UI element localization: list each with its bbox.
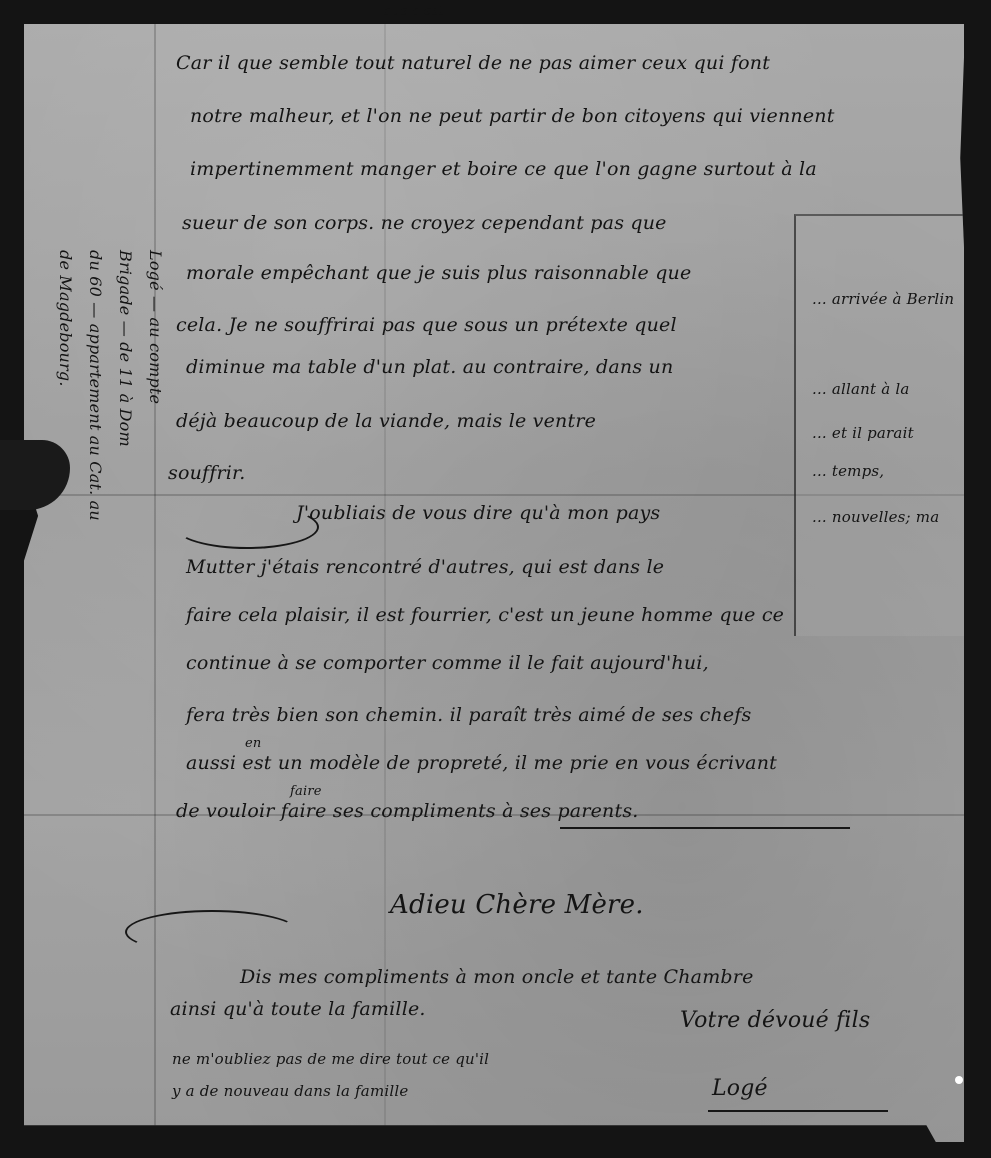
salutation: Adieu Chère Mère. xyxy=(390,890,644,920)
closing-line: Dis mes compliments à mon oncle et tante… xyxy=(240,966,754,988)
letter-line: déjà beaucoup de la viande, mais le vent… xyxy=(176,410,596,432)
fragment-line: ... allant à la xyxy=(812,380,909,398)
postscript-line: ne m'oubliez pas de me dire tout ce qu'i… xyxy=(172,1050,489,1068)
underline-stroke xyxy=(560,827,850,829)
letter-line: J'oubliais de vous dire qu'à mon pays xyxy=(296,502,660,524)
letter-line: sueur de son corps. ne croyez cependant … xyxy=(182,212,667,234)
letter-line: Mutter j'étais rencontré d'autres, qui e… xyxy=(186,556,664,578)
letter-line: diminue ma table d'un plat. au contraire… xyxy=(186,356,673,378)
margin-note: Logé — au compte Brigade — de 11 à Dom d… xyxy=(50,250,170,930)
letter-line: aussi est un modèle de propreté, il me p… xyxy=(186,752,777,774)
postscript-line: y a de nouveau dans la famille xyxy=(172,1082,408,1100)
signature: Logé xyxy=(712,1076,768,1101)
letter-line: faire cela plaisir, il est fourrier, c'e… xyxy=(186,604,784,626)
letter-line: de vouloir faire ses compliments à ses p… xyxy=(176,800,639,822)
signoff: Votre dévoué fils xyxy=(680,1008,870,1033)
interlinear-insertion: faire xyxy=(290,784,322,799)
interlinear-insertion: que c'est xyxy=(383,4,444,19)
signature-underline xyxy=(708,1110,888,1112)
margin-note-line: Brigade — de 11 à Dom xyxy=(110,250,140,930)
letter-line: notre malheur, et l'on ne peut partir de… xyxy=(190,105,835,127)
margin-note-line: Logé — au compte xyxy=(140,250,170,930)
letter-line: souffrir. xyxy=(168,462,246,484)
interlinear-insertion: en xyxy=(245,736,261,751)
margin-note-line: du 60 — appartement au Cat. au xyxy=(80,250,110,930)
letter-line: morale empêchant que je suis plus raison… xyxy=(186,262,691,284)
letter-line: fera très bien son chemin. il paraît trè… xyxy=(186,704,751,726)
closing-line: ainsi qu'à toute la famille. xyxy=(170,998,426,1020)
fragment-line: ... et il parait xyxy=(812,424,914,442)
margin-note-line: de Magdebourg. xyxy=(50,250,80,930)
letter-line: cela. Je ne souffrirai pas que sous un p… xyxy=(176,314,677,336)
letter-line: impertinemment manger et boire ce que l'… xyxy=(190,158,817,180)
letter-line: Car il que semble tout naturel de ne pas… xyxy=(176,52,770,74)
letter-line: continue à se comporter comme il le fait… xyxy=(186,652,709,674)
fragment-line: ... arrivée à Berlin xyxy=(812,290,954,308)
scan-artifact xyxy=(955,1076,963,1084)
fragment-line: ... temps, xyxy=(812,462,884,480)
fragment-line: ... nouvelles; ma xyxy=(812,508,939,526)
